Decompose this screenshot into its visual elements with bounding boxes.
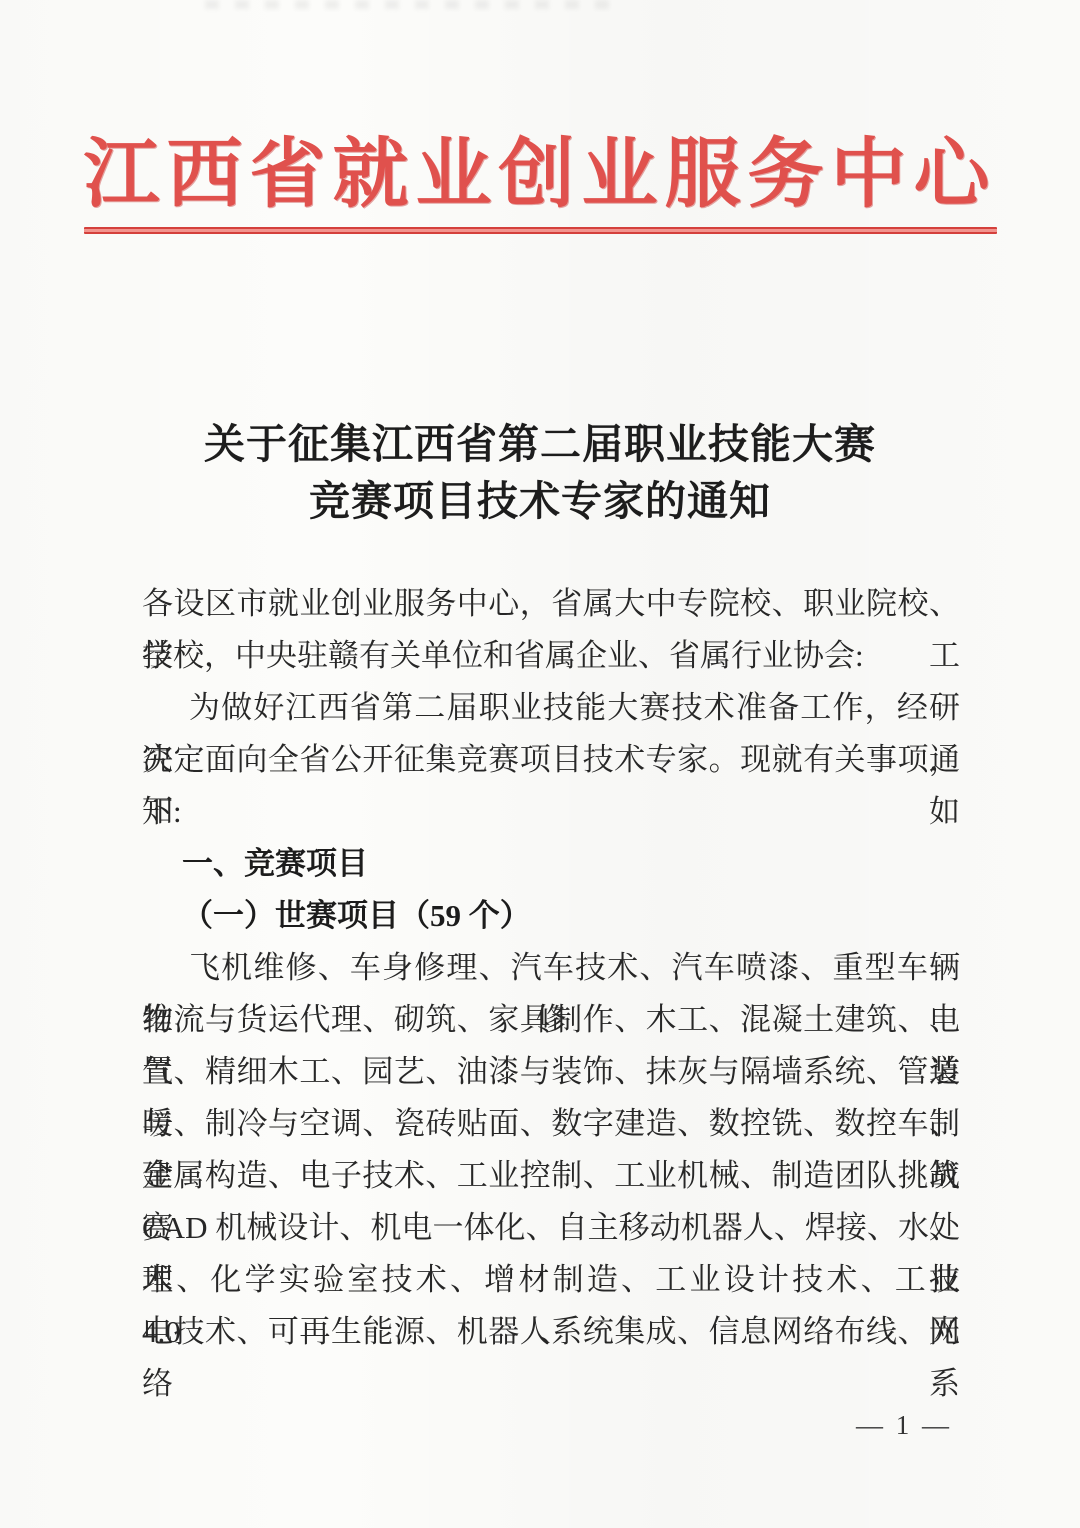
worldskills-list-line-2: 物流与货运代理、砌筑、家具制作、木工、混凝土建筑、电气装 bbox=[142, 994, 960, 1046]
letterhead-title: 江西省就业创业服务中心 bbox=[84, 126, 997, 225]
salutation-line-2: 学校，中央驻赣有关单位和省属企业、省属行业协会: bbox=[142, 630, 960, 682]
letterhead-inner: 江西省就业创业服务中心 bbox=[84, 126, 997, 234]
worldskills-list-line-7: 术、化学实验室技术、增材制造、工业设计技术、工业 4.0、光 bbox=[142, 1254, 960, 1306]
letterhead: 江西省就业创业服务中心 bbox=[0, 126, 1080, 234]
scan-artifact bbox=[205, 0, 625, 9]
intro-line-1: 为做好江西省第二届职业技能大赛技术准备工作，经研究， bbox=[142, 682, 960, 734]
subsection-heading: （一）世赛项目（59 个） bbox=[142, 890, 960, 942]
salutation-line-1: 各设区市就业创业服务中心，省属大中专院校、职业院校、技工 bbox=[142, 578, 960, 630]
worldskills-list-line-4: 暖、制冷与空调、瓷砖贴面、数字建造、数控铣、数控车、建筑 bbox=[142, 1098, 960, 1150]
worldskills-list-line-1: 飞机维修、车身修理、汽车技术、汽车喷漆、重型车辆维修、 bbox=[142, 942, 960, 994]
worldskills-list-line-6: CAD 机械设计、机电一体化、自主移动机器人、焊接、水处理技 bbox=[142, 1202, 960, 1254]
worldskills-list-line-5: 金属构造、电子技术、工业控制、工业机械、制造团队挑战赛、 bbox=[142, 1150, 960, 1202]
worldskills-list-line-8: 电技术、可再生能源、机器人系统集成、信息网络布线、网络系 bbox=[142, 1306, 960, 1358]
document-page: 江西省就业创业服务中心 关于征集江西省第二届职业技能大赛 竞赛项目技术专家的通知… bbox=[0, 0, 1080, 1528]
document-body: 各设区市就业创业服务中心，省属大中专院校、职业院校、技工 学校，中央驻赣有关单位… bbox=[142, 578, 960, 1358]
intro-line-2: 决定面向全省公开征集竞赛项目技术专家。现就有关事项通知如 bbox=[142, 734, 960, 786]
worldskills-list-line-3: 置、精细木工、园艺、油漆与装饰、抹灰与隔墙系统、管道与制 bbox=[142, 1046, 960, 1098]
section-heading: 一、竞赛项目 bbox=[142, 838, 960, 890]
document-title-line-2: 竞赛项目技术专家的通知 bbox=[0, 473, 1080, 530]
document-title: 关于征集江西省第二届职业技能大赛 竞赛项目技术专家的通知 bbox=[0, 416, 1080, 530]
document-title-line-1: 关于征集江西省第二届职业技能大赛 bbox=[0, 416, 1080, 473]
letterhead-rule bbox=[84, 227, 997, 234]
page-number: — 1 — bbox=[856, 1410, 952, 1441]
